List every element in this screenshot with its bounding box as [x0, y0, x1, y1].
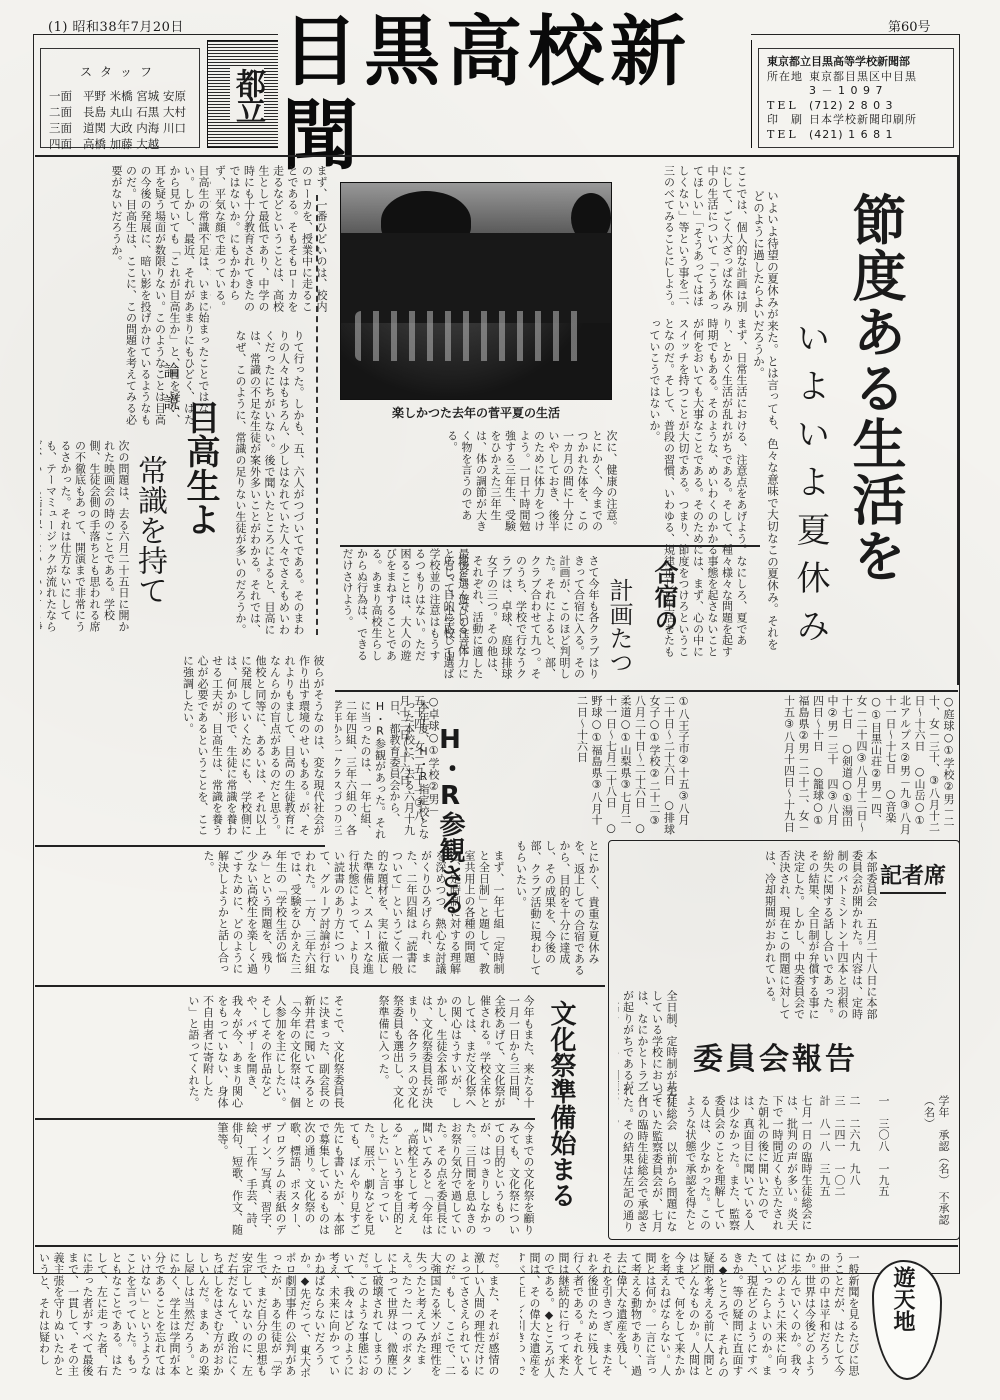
staff-names: 道関 大政 内海 川口: [83, 120, 186, 136]
section-rule: [35, 845, 325, 847]
column-body-2: だ。また、それが感情の激しい人間の理性だけによってささえられているのだ。もし、こ…: [40, 1252, 500, 1382]
culture-festival-headline: 文化祭準備始まる: [545, 1000, 577, 1208]
staff-names: 平野 米橋 宮城 安原: [83, 88, 186, 104]
vote-cell: 九八: [848, 1163, 861, 1186]
culture-body-1: 今年もまた、来たる十一月一日から三日間、全校あげて、文化祭が催される。学校全体と…: [345, 995, 535, 1113]
staff-face: 四面: [49, 136, 75, 152]
lead-body-1: ここでは、個人的な計画は別にして、ごく大ざっぱな休み中の生活について「こうあって…: [620, 165, 748, 313]
vote-header: 承認（名）: [937, 1129, 950, 1180]
publisher-key: 印 刷: [767, 113, 803, 128]
staff-face: 二面: [49, 104, 75, 120]
column-body-1: 一般新聞を見るたびに思うことだが、はたして今の世の中は平和だろうか。世界は今後ど…: [520, 1252, 860, 1382]
photo-people: [355, 311, 585, 361]
vote-row: 三 二四一 一〇二: [830, 1095, 846, 1235]
masthead-rule: [35, 155, 958, 157]
press-seat-label: 記者席: [880, 862, 946, 894]
camp-headline: 合宿の: [650, 560, 678, 632]
lead-headline: 節度ある生活を: [846, 192, 906, 584]
folio-page-date: (1) 昭和38年7月20日: [48, 16, 184, 35]
vote-table: 学年 承認（名） 不承認（名）: [890, 1095, 950, 1235]
publisher-name: 東京都立目黒高等学校新聞部: [767, 55, 945, 70]
culture-body-7: 先にも書いたが、本部で募集しているものは次の通り。文化祭の歌、標語、ポスター、プ…: [35, 1122, 345, 1240]
vote-row: 計 八一八 三九五: [815, 1095, 831, 1235]
vote-cell: 一九五: [877, 1163, 890, 1197]
publisher-row: 3 － 1 0 9 7: [767, 84, 945, 99]
masthead-prefix: 都立: [230, 68, 264, 120]
vote-header: 学年: [937, 1095, 950, 1118]
staff-face: 一面: [49, 88, 75, 104]
vote-cell: 一: [877, 1095, 890, 1106]
publisher-key: 所在地: [767, 70, 803, 85]
section-rule: [35, 1245, 958, 1247]
staff-names: 高橋 加藤 大越: [83, 136, 159, 152]
vote-cell: 二: [848, 1095, 861, 1106]
homeroom-body-1: 本年度、H・R指定校となった本校に、去る六月十九日、都教育委員会から、H・R参観…: [335, 700, 430, 840]
camp-headline-2: 計画たつ: [605, 578, 633, 674]
culture-body-6: 今までの文化祭を顧りみても、文化祭についての目的というものが、はっきりしなかった…: [345, 1122, 535, 1240]
masthead-title: 目黒高校新聞: [278, 10, 751, 178]
publisher-row: 印 刷日本学校新聞印刷所: [767, 113, 945, 128]
vote-row: 一 三〇八 一九五: [860, 1095, 890, 1235]
publisher-value: 日本学校新聞印刷所: [809, 113, 917, 128]
schedule-club: ○剣道○: [841, 742, 854, 791]
publisher-value: (712) 2 8 0 3: [809, 99, 894, 114]
issue-number: 第60号: [888, 16, 931, 35]
lead-body-3: 次に、健康の注意。とにかく、今までのつかれた体を、この一カ月の間に十分にいやして…: [340, 430, 618, 540]
column-title: 遊天地: [886, 1266, 920, 1332]
staff-names: 長島 丸山 石黒 大村: [83, 104, 186, 120]
camp-body: さて今年も各クラブはりきって合宿に入る。その計画が、このほど判明した。それによる…: [440, 555, 600, 680]
staff-title: スタッフ: [49, 63, 191, 80]
vote-cell: 計: [818, 1095, 831, 1106]
vote-cell: 三: [833, 1095, 846, 1106]
photo-forest: [341, 233, 611, 323]
culture-body-3: そこで、文化祭委員長に決まった、副会長の新井君に聞いてみると「今年の文化祭は、個…: [35, 995, 345, 1113]
column-rule: [957, 155, 959, 685]
camp-closing: とにかく、貴重な夏休みを、返上しての合宿であるから、目的を十分に達成し、その成果…: [510, 840, 600, 980]
camp-schedule-2: ①八王子市②十五③八月二十日～二十六日 ○排球女子○①学校②二十二③八月二十日～…: [530, 695, 690, 835]
editorial-body-1: 目高生の常識不足は、いまに始まったことではない。しかし、最近、それがあまりにもひ…: [40, 165, 210, 425]
vote-cell: 二四一: [833, 1118, 846, 1152]
staff-row: 三面道関 大政 内海 川口: [49, 120, 191, 136]
editorial-body-3: 次の問題は、去る六月二十五日に開かれた映画会の時のことである。学校側、生徒会側の…: [40, 440, 130, 640]
staff-row: 四面高橋 加藤 大越: [49, 136, 191, 152]
lead-subheadline: いよいよ夏休み: [790, 320, 830, 656]
publisher-row: TEL(421) 1 6 8 1: [767, 128, 945, 143]
vote-cell: 二六九: [848, 1118, 861, 1152]
press-seat-body-4: 七月一日の臨時生徒総会には、批判の声が多い。炎天下で一時間近くも立たされた朝礼の…: [685, 1095, 813, 1235]
lead-intro: いよいよ待望の夏休みが来た。とは言っても、色々な意味で大切なこの夏休み。それをど…: [752, 190, 780, 660]
staff-face: 三面: [49, 120, 75, 136]
publisher-key: [767, 84, 803, 99]
staff-box: スタッフ 一面平野 米橋 宮城 安原 二面長島 丸山 石黒 大村 三面道関 大政…: [40, 48, 200, 148]
schedule-club: ○庭球○: [942, 695, 955, 744]
publisher-value: (421) 1 6 8 1: [809, 128, 894, 143]
editorial-body-4: りて行った。しかも、五、六人がつづいてである。そのまわりの人々はもちろん、少しは…: [210, 330, 305, 640]
press-seat-body-3: 生徒総会 以前から問題になっていた監察委員会が、七月一日の臨時生徒総会で承認され…: [618, 1085, 678, 1235]
section-rule: [335, 690, 958, 692]
masthead: 都立 目黒高校新聞: [207, 40, 752, 148]
column-title-box: 遊天地: [862, 1252, 950, 1384]
vote-cell: 一〇二: [833, 1163, 846, 1197]
photo-caption: 楽しかつた去年の菅平夏の生活: [340, 404, 612, 421]
editorial-body-2: まず、一番ひどいのは、校内のローカを、授業中に走ることである。そもそもローカを走…: [210, 165, 328, 320]
vote-cell: 三九五: [818, 1163, 831, 1197]
section-rule: [35, 1118, 535, 1120]
publisher-row: TEL(712) 2 8 0 3: [767, 99, 945, 114]
homeroom-body-2: まず、一年七組「定時制と全日制」と題して、教室共用上の各種の問題を、定時制に対す…: [35, 850, 505, 980]
schedule-club: ○山岳○: [913, 765, 926, 814]
publisher-box: 東京都立目黒高等学校新聞部 所在地東京都目黒区中目黒 3 － 1 0 9 7 T…: [758, 48, 954, 148]
staff-row: 二面長島 丸山 石黒 大村: [49, 104, 191, 120]
staff-row: 一面平野 米橋 宮城 安原: [49, 88, 191, 104]
vote-row: 二 二六九 九八: [845, 1095, 861, 1235]
publisher-row: 所在地東京都目黒区中目黒: [767, 70, 945, 85]
camp-schedule: ○庭球○①学校②男－二十、女－三十、③八月十二日～十六日 ○山岳○①北アルプス②…: [690, 695, 955, 835]
committee-headline: 委員会報告: [693, 1034, 858, 1078]
publisher-value: 3 － 1 0 9 7: [809, 84, 883, 99]
schedule-club: ○籠球○: [812, 765, 825, 814]
section-rule: [340, 545, 760, 547]
publisher-value: 東京都目黒区中目黒: [809, 70, 917, 85]
vote-cell: 三〇八: [877, 1118, 890, 1152]
vote-cell: 八一八: [818, 1118, 831, 1152]
editorial-divider: [316, 195, 318, 635]
editorial-subtitle: 常識を持て: [130, 455, 168, 605]
publisher-key: TEL: [767, 128, 803, 143]
lead-body-2: まず、日常生活における、注意点をあげよう。なにしろ、夏であり、とかく生活が乱れが…: [618, 318, 748, 663]
section-rule: [35, 985, 605, 987]
publisher-key: TEL: [767, 99, 803, 114]
editorial-body-5: 彼らがそうなのは、変な現代社会が作り出す環境のせいもある。が、それよりもまして、…: [40, 655, 325, 840]
editorial-title: 目高生よ: [180, 400, 220, 536]
summer-camp-photo: [340, 182, 612, 400]
